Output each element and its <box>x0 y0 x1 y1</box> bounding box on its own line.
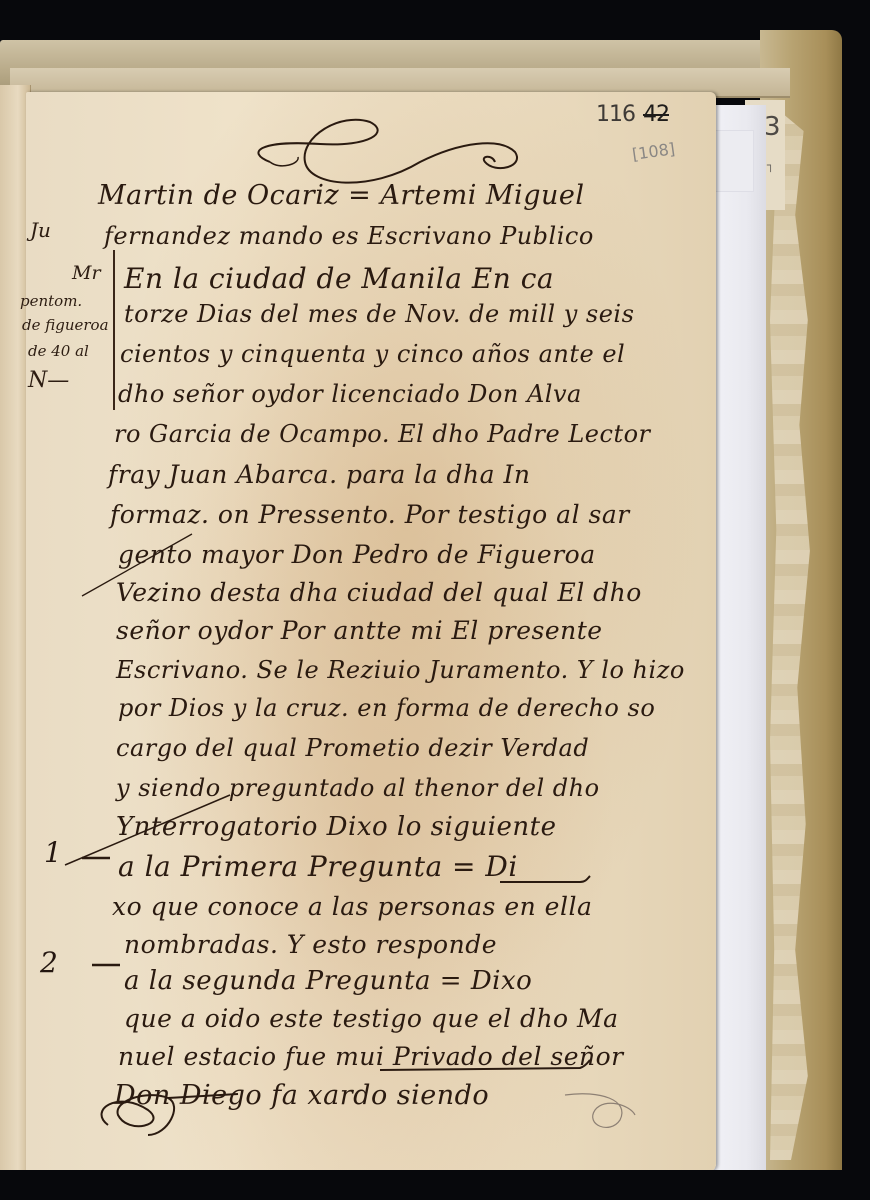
manuscript-line: formaz. on Pressento. Por testigo al sar <box>110 500 630 529</box>
margin-note: de 40 al <box>28 342 89 360</box>
manuscript-line: cargo del qual Prometio dezir Verdad <box>116 734 589 762</box>
manuscript-line: cientos y cinquenta y cinco años ante el <box>120 340 625 368</box>
manuscript-line: En la ciudad de Manila En ca <box>124 262 554 295</box>
manuscript-line: fernandez mando es Escrivano Publico <box>104 222 594 250</box>
manuscript-line: señor oydor Por antte mi El presente <box>116 616 603 645</box>
faint-flourish-icon <box>560 1085 640 1135</box>
margin-rule <box>113 250 115 410</box>
question-number: 2 <box>40 946 58 979</box>
line-end-rule <box>380 1060 590 1074</box>
manuscript-line: torze Dias del mes de Nov. de mill y sei… <box>124 300 634 328</box>
white-interleaf-tab <box>712 130 754 192</box>
manuscript-line: a la segunda Pregunta = Dixo <box>124 966 532 996</box>
diagonal-flourish <box>60 790 240 870</box>
question-dash-icon <box>92 962 122 968</box>
manuscript-line: por Dios y la cruz. en forma de derecho … <box>118 694 655 722</box>
line-end-rule <box>500 876 590 886</box>
manuscript-line: Escrivano. Se le Reziuio Juramento. Y lo… <box>116 656 685 684</box>
folio-struck: 42 <box>643 102 669 127</box>
folio-number: 11642 <box>596 102 669 127</box>
margin-note: Mr <box>72 262 101 284</box>
margin-note: Ju <box>30 218 51 242</box>
volume-tab-number: 3 <box>764 112 781 142</box>
manuscript-line: nombradas. Y esto responde <box>124 930 497 959</box>
manuscript-line: fray Juan Abarca. para la dha In <box>108 460 530 489</box>
manuscript-line: ro Garcia de Ocampo. El dho Padre Lector <box>114 420 651 448</box>
manuscript-line: dho señor oydor licenciado Don Alva <box>118 380 582 408</box>
manuscript-line: Martin de Ocariz = Artemi Miguel <box>98 180 584 211</box>
margin-note: pentom. <box>20 292 82 310</box>
margin-note: de figueroa <box>22 316 109 334</box>
volume-tab-mark: ┐ <box>767 158 774 172</box>
closing-flourish-icon <box>88 1080 248 1140</box>
manuscript-line: xo que conoce a las personas en ella <box>112 892 592 921</box>
manuscript-line: que a oido este testigo que el dho Ma <box>124 1004 619 1033</box>
bottom-background <box>0 1170 870 1200</box>
margin-note: N— <box>28 368 69 393</box>
folio-current: 116 <box>596 102 635 127</box>
diagonal-flourish <box>80 530 200 600</box>
